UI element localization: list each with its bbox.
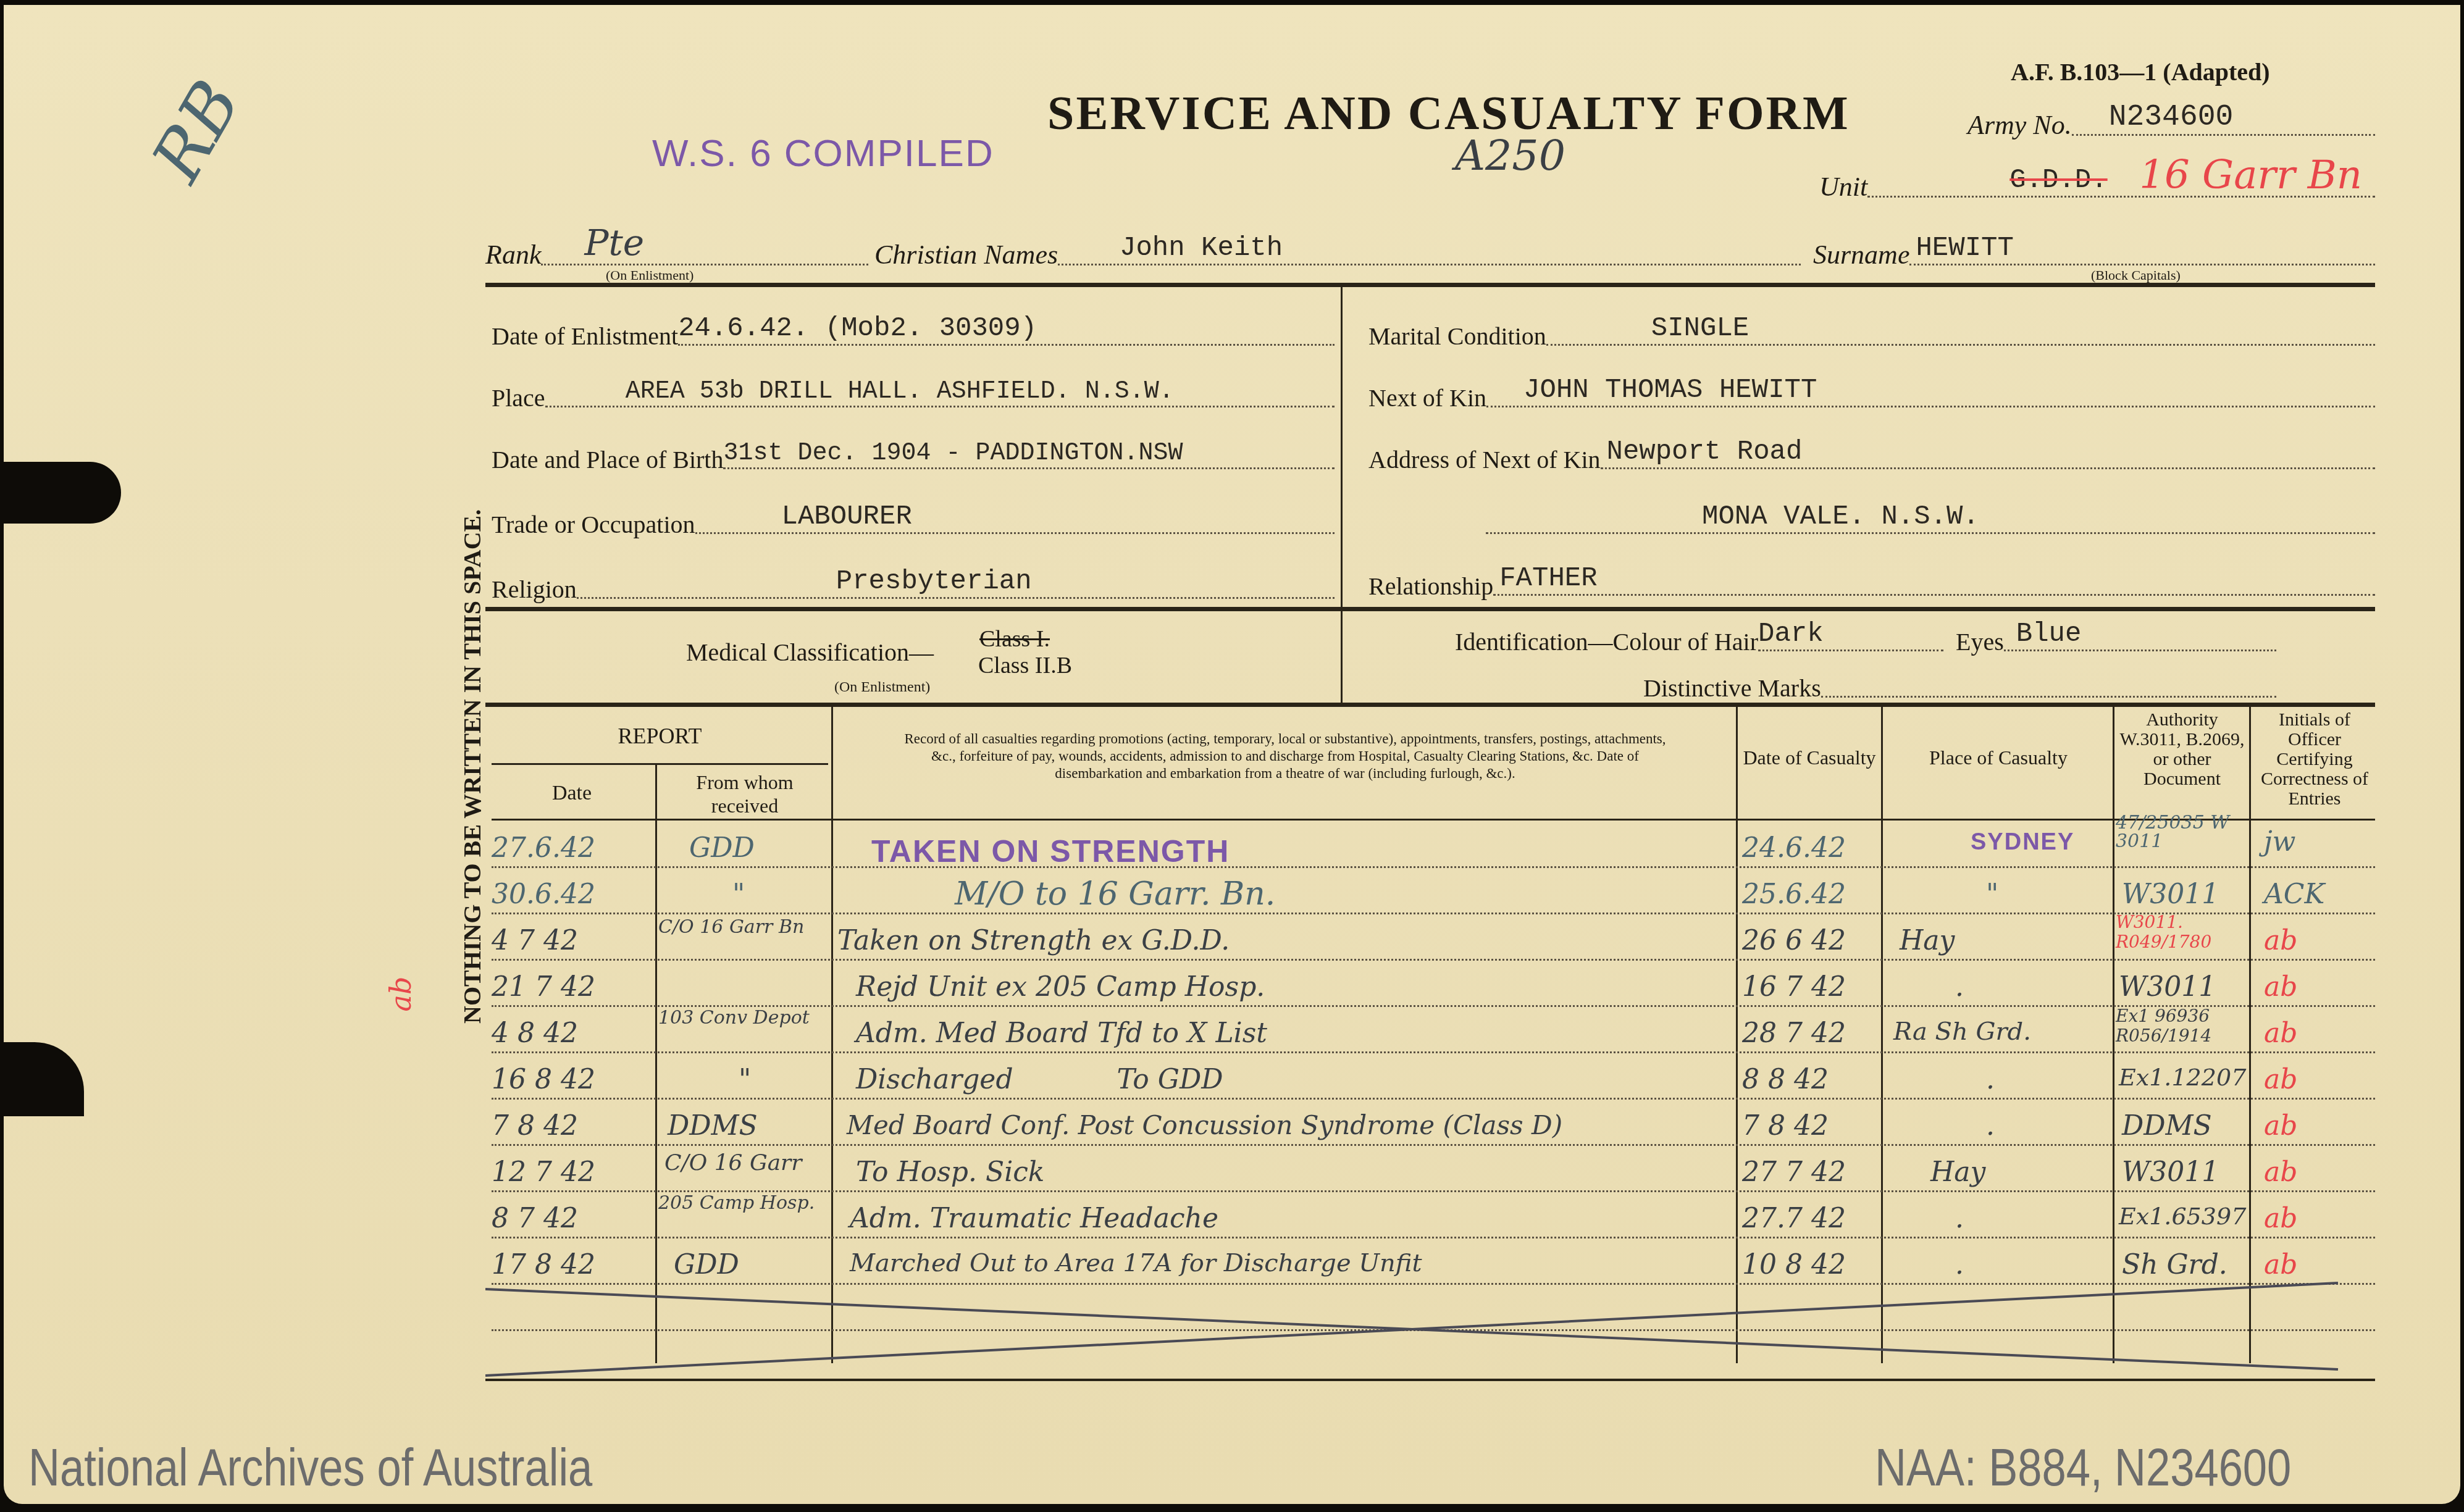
row-3-record: Rejd Unit ex 205 Camp Hosp. (856, 971, 1265, 1003)
row-7-place: Hay (1930, 1156, 1985, 1188)
row-1-initials: ACK (2264, 879, 2324, 910)
surname-value: HEWITT (1916, 233, 2013, 264)
row-3-authority: W3011 (2119, 971, 2216, 1003)
row-2-place: Hay (1900, 925, 1955, 956)
next-of-kin-value: JOHN THOMAS HEWITT (1523, 375, 1817, 406)
footer-archive-name: National Archives of Australia (28, 1437, 716, 1498)
row-8-initials: ab (2264, 1203, 2297, 1234)
place-value: AREA 53b DRILL HALL. ASHFIELD. N.S.W. (626, 378, 1174, 406)
distinctive-marks-field: Distinctive Marks (1643, 666, 2276, 703)
torn-edge (4, 462, 121, 524)
trade-occupation-value: LABOURER (782, 501, 912, 532)
col-from-header: From whom received (661, 771, 828, 817)
relationship-value: FATHER (1499, 563, 1597, 594)
row-1-authority: W3011 (2122, 879, 2219, 910)
row-4-authority: Ex1 96936 R056/1914 (2116, 1006, 2248, 1046)
row-8-authority: Ex1.65397 (2119, 1203, 2246, 1230)
unit-field: Unit G.D.D. 16 Garr Bn (1819, 159, 2375, 203)
row-0-from: GDD (689, 832, 755, 864)
row-9-place: . (1955, 1249, 1964, 1280)
corner-initials: RB (136, 67, 256, 194)
medical-class-value: Class II.B (978, 652, 1072, 679)
row-8-record: Adm. Traumatic Headache (850, 1203, 1218, 1234)
row-1-from: " (732, 879, 745, 910)
form-title: SERVICE AND CASUALTY FORM (1047, 85, 1850, 141)
row-3-cas-date: 16 7 42 (1742, 971, 1846, 1003)
row-6-from: DDMS (668, 1110, 758, 1142)
service-casualty-form: RB W.S. 6 COMPILED SERVICE AND CASUALTY … (4, 5, 2460, 1504)
row-6-initials: ab (2264, 1110, 2297, 1142)
torn-edge (4, 1042, 84, 1116)
col-record-header: Record of all casualties regarding promo… (893, 730, 1677, 782)
surname-field: Surname HEWITT (1813, 221, 2375, 270)
rank-value: Pte (584, 222, 644, 264)
medical-classification-label: Medical Classification— (686, 638, 934, 667)
eyes-value: Blue (2016, 619, 2082, 649)
row-9-date: 17 8 42 (492, 1249, 595, 1280)
colour-of-hair-field: Identification—Colour of Hair Dark Eyes … (1455, 619, 2276, 656)
row-0-authority: 47/25035 W 3011 (2116, 814, 2245, 851)
date-place-of-birth-field: Date and Place of Birth 31st Dec. 1904 -… (492, 431, 1335, 474)
religion-field: Religion Presbyterian (492, 561, 1335, 604)
row-6-date: 7 8 42 (492, 1110, 578, 1142)
address-next-of-kin-field: Address of Next of Kin Newport Road (1368, 431, 2375, 474)
footer-citation: NAA: B884, N234600 (1875, 1437, 2382, 1498)
unit-amended: 16 Garr Bn (2139, 152, 2362, 198)
army-no-field: Army No. N234600 (1967, 104, 2375, 141)
row-9-initials: ab (2264, 1249, 2297, 1280)
row-8-place: . (1955, 1203, 1964, 1234)
row-6-cas-date: 7 8 42 (1742, 1110, 1829, 1142)
col-authority-header: Authority W.3011, B.2069, or other Docum… (2119, 710, 2245, 789)
rank-field: Rank Pte (485, 221, 868, 270)
army-no-value: N234600 (2109, 101, 2234, 134)
row-7-record: To Hosp. Sick (856, 1156, 1045, 1188)
row-7-date: 12 7 42 (492, 1156, 595, 1188)
row-4-cas-date: 28 7 42 (1742, 1017, 1846, 1049)
row-0-date: 27.6.42 (492, 832, 595, 864)
date-of-enlistment-value: 24.6.42. (Mob2. 30309) (678, 313, 1037, 344)
report-header: REPORT (492, 724, 828, 748)
marital-condition-field: Marital Condition SINGLE (1368, 307, 2375, 351)
row-4-from: 103 Conv Depot (658, 1008, 831, 1028)
row-5-initials: ab (2264, 1064, 2297, 1095)
col-casualty-date-header: Date of Casualty (1739, 746, 1880, 769)
col-initials-header: Initials of Officer Certifying Correctne… (2253, 710, 2376, 809)
row-6-authority: DDMS (2122, 1110, 2212, 1142)
row-2-initials: ab (2264, 925, 2297, 956)
row-2-record: Taken on Strength ex G.D.D. (837, 925, 1230, 956)
row-3-initials: ab (2264, 971, 2297, 1003)
row-3-date: 21 7 42 (492, 971, 595, 1003)
next-of-kin-field: Next of Kin JOHN THOMAS HEWITT (1368, 369, 2375, 412)
medical-note: (On Enlistment) (834, 679, 930, 696)
relationship-field: Relationship FATHER (1368, 558, 2375, 601)
row-5-from: " (739, 1064, 751, 1095)
medical-class-struck: Class I. (979, 625, 1050, 653)
rank-note: (On Enlistment) (606, 267, 694, 283)
religion-value: Presbyterian (836, 566, 1032, 597)
surname-note: (Block Capitals) (2091, 267, 2181, 283)
side-note: NOTHING TO BE WRITTEN IN THIS SPACE. (458, 509, 487, 1024)
row-0-place: SYDNEY (1971, 829, 2074, 856)
handwritten-number: A250 (1455, 132, 1565, 180)
row-1-date: 30.6.42 (492, 879, 595, 910)
row-0-initials: jw (2264, 826, 2295, 858)
christian-names-value: John Keith (1120, 233, 1283, 264)
row-7-from: C/O 16 Garr (664, 1150, 802, 1176)
row-8-from: 205 Camp Hosp. (658, 1193, 831, 1213)
row-0-record: TAKEN ON STRENGTH (871, 833, 1230, 869)
col-date-header: Date (492, 782, 652, 805)
col-casualty-place-header: Place of Casualty (1912, 746, 2085, 769)
row-5-place: . (1986, 1064, 1995, 1095)
row-5-authority: Ex1.12207 (2119, 1064, 2246, 1091)
row-5-cas-date: 8 8 42 (1742, 1064, 1829, 1095)
address-line2-value: MONA VALE. N.S.W. (1702, 501, 1979, 532)
address-line2-field: MONA VALE. N.S.W. (1486, 496, 2375, 539)
place-field: Place AREA 53b DRILL HALL. ASHFIELD. N.S… (492, 369, 1335, 412)
row-7-authority: W3011 (2122, 1156, 2219, 1188)
hair-value: Dark (1758, 619, 1824, 649)
trade-occupation-field: Trade or Occupation LABOURER (492, 496, 1335, 539)
row-6-place: . (1986, 1110, 1995, 1142)
row-2-cas-date: 26 6 42 (1742, 925, 1846, 956)
row-7-initials: ab (2264, 1156, 2297, 1188)
row-8-date: 8 7 42 (492, 1203, 578, 1234)
row-1-record: M/O to 16 Garr. Bn. (955, 875, 1275, 913)
row-8-cas-date: 27.7 42 (1742, 1203, 1846, 1234)
unit-struck: G.D.D. (2009, 165, 2107, 196)
row-4-date: 4 8 42 (492, 1017, 578, 1049)
row-4-record: Adm. Med Board Tfd to X List (856, 1017, 1267, 1049)
row-6-record: Med Board Conf. Post Concussion Syndrome… (847, 1110, 1562, 1140)
row-5-date: 16 8 42 (492, 1064, 595, 1095)
row-9-cas-date: 10 8 42 (1742, 1249, 1846, 1280)
margin-initials: ab (384, 977, 417, 1012)
address-line1-value: Newport Road (1607, 436, 1803, 467)
row-4-initials: ab (2264, 1017, 2297, 1049)
row-1-place: " (1986, 879, 1998, 910)
row-4-place: Ra Sh Grd. (1893, 1017, 2031, 1046)
row-5-record: Discharged To GDD (856, 1064, 1223, 1095)
date-place-of-birth-value: 31st Dec. 1904 - PADDINGTON.NSW (723, 440, 1183, 467)
ws6-compiled-stamp: W.S. 6 COMPILED (652, 132, 994, 175)
row-7-cas-date: 27 7 42 (1742, 1156, 1846, 1188)
cancel-cross-lines (485, 1277, 2375, 1382)
row-0-cas-date: 24.6.42 (1742, 832, 1846, 864)
marital-condition-value: SINGLE (1651, 313, 1749, 344)
christian-names-field: Christian Names John Keith (874, 221, 1801, 270)
row-9-record: Marched Out to Area 17A for Discharge Un… (850, 1249, 1422, 1277)
row-2-authority: W3011. R049/1780 (2116, 913, 2245, 952)
row-1-cas-date: 25.6.42 (1742, 879, 1846, 910)
date-of-enlistment-field: Date of Enlistment 24.6.42. (Mob2. 30309… (492, 307, 1335, 351)
row-2-from: C/O 16 Garr Bn (658, 917, 831, 937)
form-reference: A.F. B.103—1 (Adapted) (2011, 57, 2270, 86)
row-3-place: . (1955, 971, 1964, 1003)
row-9-authority: Sh Grd. (2122, 1249, 2227, 1280)
row-2-date: 4 7 42 (492, 925, 578, 956)
row-9-from: GDD (674, 1249, 739, 1280)
